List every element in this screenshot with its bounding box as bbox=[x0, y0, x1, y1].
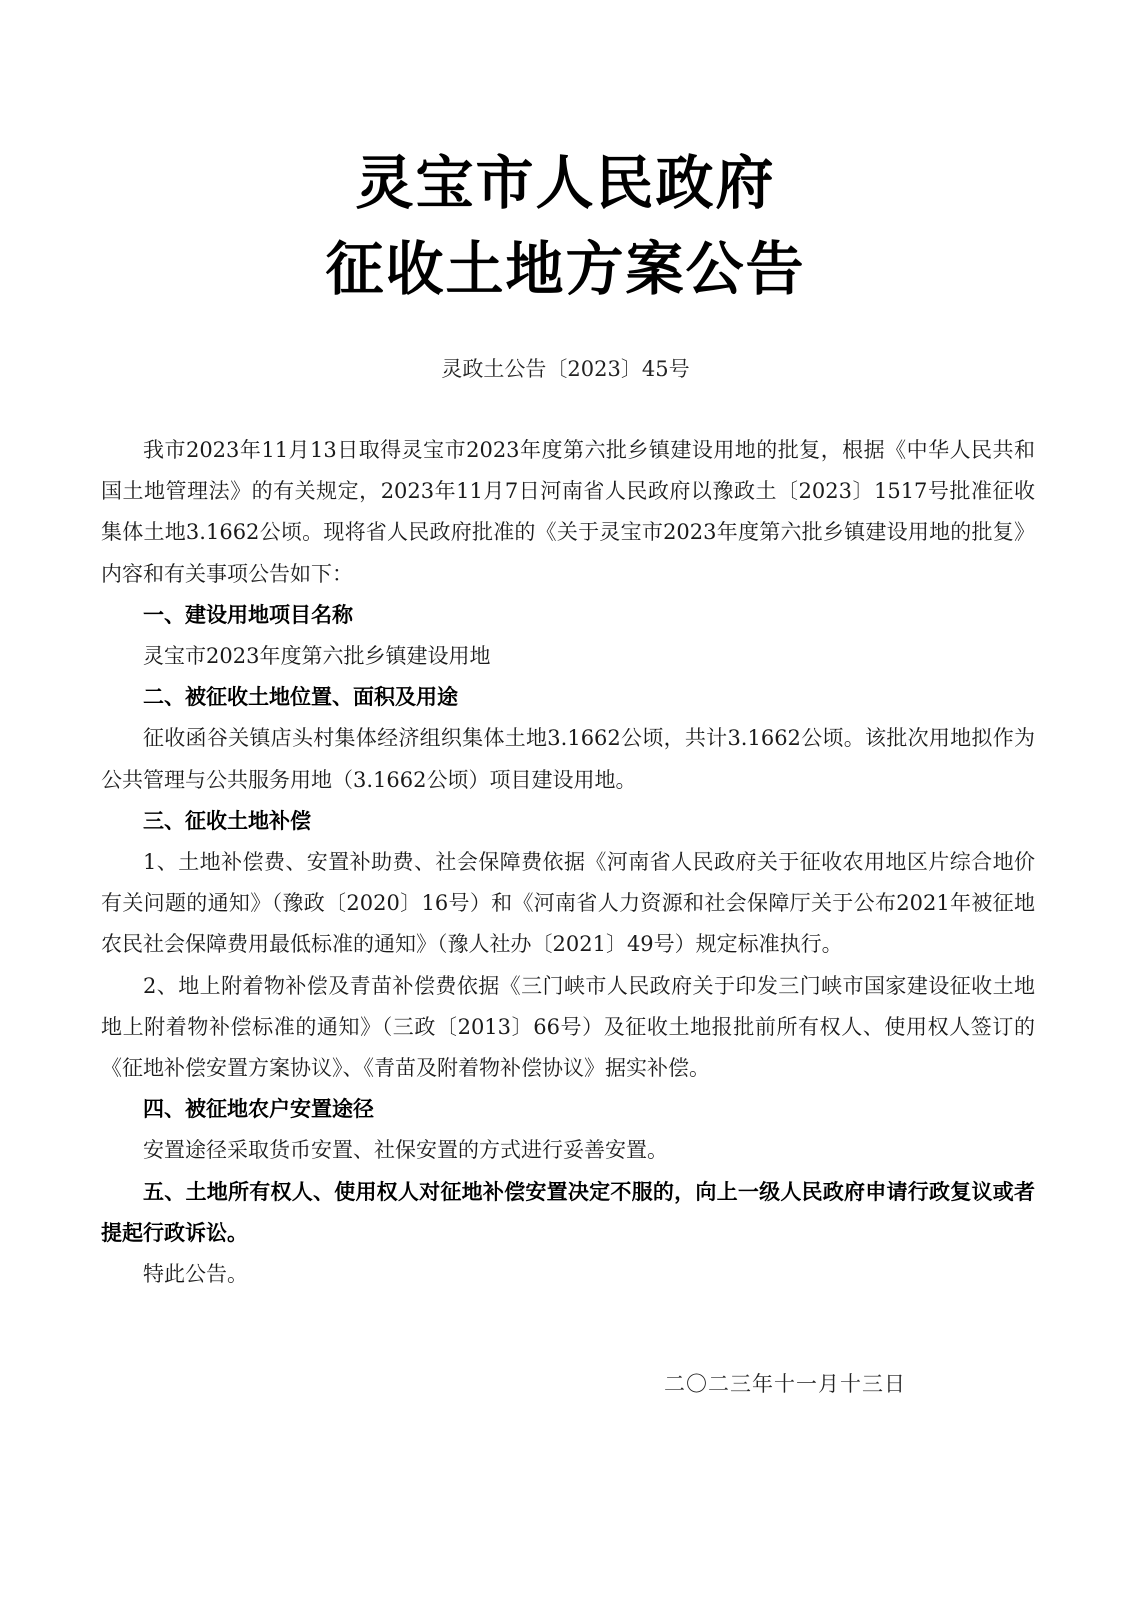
closing-text: 特此公告。 bbox=[101, 1254, 1035, 1295]
section-1-paragraph: 灵宝市2023年度第六批乡镇建设用地 bbox=[101, 636, 1035, 677]
section-4-heading: 四、被征地农户安置途径 bbox=[101, 1089, 1035, 1130]
document-body: 我市2023年11月13日取得灵宝市2023年度第六批乡镇建设用地的批复，根据《… bbox=[101, 430, 1035, 1295]
section-4-paragraph: 安置途径采取货币安置、社保安置的方式进行妥善安置。 bbox=[101, 1130, 1035, 1171]
document-page: 灵宝市人民政府 征收土地方案公告 灵政土公告〔2023〕45号 我市2023年1… bbox=[0, 0, 1131, 1600]
document-title-line1: 灵宝市人民政府 bbox=[0, 148, 1131, 218]
document-number: 灵政土公告〔2023〕45号 bbox=[0, 354, 1131, 384]
section-2-heading: 二、被征收土地位置、面积及用途 bbox=[101, 677, 1035, 718]
signoff-date: 二〇二三年十一月十三日 bbox=[664, 1368, 906, 1400]
section-3-paragraph-2: 2、地上附着物补偿及青苗补偿费依据《三门峡市人民政府关于印发三门峡市国家建设征收… bbox=[101, 966, 1035, 1090]
section-5-paragraph: 五、土地所有权人、使用权人对征地补偿安置决定不服的，向上一级人民政府申请行政复议… bbox=[101, 1172, 1035, 1254]
document-title-line2: 征收土地方案公告 bbox=[0, 234, 1131, 304]
section-1-heading: 一、建设用地项目名称 bbox=[101, 595, 1035, 636]
section-2-paragraph: 征收函谷关镇店头村集体经济组织集体土地3.1662公顷，共计3.1662公顷。该… bbox=[101, 718, 1035, 800]
section-3-heading: 三、征收土地补偿 bbox=[101, 801, 1035, 842]
section-3-paragraph-1: 1、土地补偿费、安置补助费、社会保障费依据《河南省人民政府关于征收农用地区片综合… bbox=[101, 842, 1035, 966]
intro-paragraph: 我市2023年11月13日取得灵宝市2023年度第六批乡镇建设用地的批复，根据《… bbox=[101, 430, 1035, 595]
